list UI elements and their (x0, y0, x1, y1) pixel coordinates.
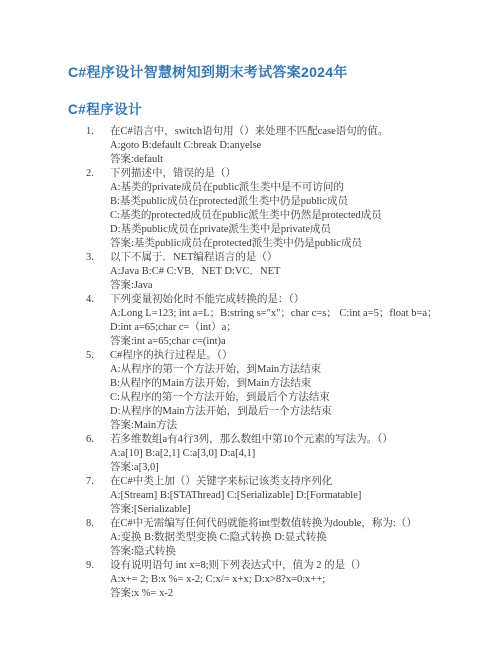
answer-line: 答案:[Serializable] (110, 503, 494, 517)
options-line: A:x+= 2; B:x %= x-2; C:x/= x+x; D:x>8?x=… (110, 573, 494, 587)
question-item: 7.在C#中类上加（）关键字来标记该类支持序列化A:[Stream] B:[ST… (68, 475, 494, 517)
question-text: 设有说明语句 int x=8;则下列表达式中，值为 2 的是（） (110, 559, 494, 573)
answer-line: 答案:default (110, 153, 494, 167)
options-line: A:变换 B:数据类型变换 C:隐式转换 D:显式转换 (110, 531, 494, 545)
question-item: 8.在C#中无需编写任何代码就能将int型数值转换为double，称为:（）A:… (68, 517, 494, 559)
section-heading: C#程序设计 (68, 98, 494, 118)
question-text: 以下不属于．NET编程语言的是（） (110, 251, 494, 265)
options-line: C:从程序的第一个方法开始，到最后个方法结束 (110, 391, 494, 405)
question-body: 下列变量初始化时不能完成转换的是：（）A:Long L=123; int a=L… (110, 293, 494, 349)
question-number: 7. (68, 475, 110, 517)
question-number: 9. (68, 559, 110, 601)
question-item: 4.下列变量初始化时不能完成转换的是：（）A:Long L=123; int a… (68, 293, 494, 349)
question-text: 在C#中无需编写任何代码就能将int型数值转换为double，称为:（） (110, 517, 494, 531)
options-line: C:基类的protected成员在public派生类中仍然是protected成… (110, 209, 494, 223)
options-line: B:基类public成员在protected派生类中仍是public成员 (110, 195, 494, 209)
question-text: 若多维数组a有4行3列，那么数组中第10个元素的写法为。（） (110, 433, 494, 447)
question-body: 设有说明语句 int x=8;则下列表达式中，值为 2 的是（）A:x+= 2;… (110, 559, 494, 601)
question-body: 下列描述中，错误的是（）A:基类的private成员在public派生类中是不可… (110, 167, 494, 251)
options-line: A:[Stream] B:[STAThread] C:[Serializable… (110, 489, 494, 503)
document-page: C#程序设计智慧树知到期末考试答案2024年 C#程序设计 1.在C#语言中，s… (0, 0, 500, 647)
question-body: 若多维数组a有4行3列，那么数组中第10个元素的写法为。（）A:a[10] B:… (110, 433, 494, 475)
answer-line: 答案:a[3,0] (110, 461, 494, 475)
question-number: 1. (68, 125, 110, 167)
options-line: D:从程序的Main方法开始，到最后一个方法结束 (110, 405, 494, 419)
question-text: 下列描述中，错误的是（） (110, 167, 494, 181)
answer-line: 答案:Main方法 (110, 419, 494, 433)
options-line: A:goto B:default C:break D:anyelse (110, 139, 494, 153)
question-item: 3.以下不属于．NET编程语言的是（）A:Java B:C# C:VB．NET … (68, 251, 494, 293)
question-item: 5.C#程序的执行过程是。（）A:从程序的第一个方法开始，到Main方法结束B:… (68, 349, 494, 433)
question-number: 3. (68, 251, 110, 293)
question-number: 4. (68, 293, 110, 349)
question-item: 2.下列描述中，错误的是（）A:基类的private成员在public派生类中是… (68, 167, 494, 251)
question-text: 在C#语言中，switch语句用（）来处理不匹配case语句的值。 (110, 125, 494, 139)
question-list: 1.在C#语言中，switch语句用（）来处理不匹配case语句的值。A:got… (68, 125, 494, 601)
options-line: A:从程序的第一个方法开始，到Main方法结束 (110, 363, 494, 377)
question-number: 5. (68, 349, 110, 433)
answer-line: 答案:Java (110, 279, 494, 293)
question-body: 在C#语言中，switch语句用（）来处理不匹配case语句的值。A:goto … (110, 125, 494, 167)
question-text: 下列变量初始化时不能完成转换的是：（） (110, 293, 494, 307)
options-line: A:a[10] B:a[2,1] C:a[3,0] D:a[4,1] (110, 447, 494, 461)
options-line: A:Long L=123; int a=L；B:string s="x"；cha… (110, 307, 494, 321)
question-number: 6. (68, 433, 110, 475)
question-text: C#程序的执行过程是。（） (110, 349, 494, 363)
options-line: A:Java B:C# C:VB．NET D:VC．NET (110, 265, 494, 279)
document-title: C#程序设计智慧树知到期末考试答案2024年 (68, 62, 494, 82)
question-body: 以下不属于．NET编程语言的是（）A:Java B:C# C:VB．NET D:… (110, 251, 494, 293)
question-body: C#程序的执行过程是。（）A:从程序的第一个方法开始，到Main方法结束B:从程… (110, 349, 494, 433)
question-number: 8. (68, 517, 110, 559)
options-line: B:从程序的Main方法开始，到Main方法结束 (110, 377, 494, 391)
options-line: A:基类的private成员在public派生类中是不可访问的 (110, 181, 494, 195)
options-line: D:int a=65;char c=（int）a； (110, 321, 494, 335)
question-body: 在C#中类上加（）关键字来标记该类支持序列化A:[Stream] B:[STAT… (110, 475, 494, 517)
question-item: 6.若多维数组a有4行3列，那么数组中第10个元素的写法为。（）A:a[10] … (68, 433, 494, 475)
answer-line: 答案:x %= x-2 (110, 587, 494, 601)
question-item: 1.在C#语言中，switch语句用（）来处理不匹配case语句的值。A:got… (68, 125, 494, 167)
options-line: D:基类public成员在private派生类中是private成员 (110, 223, 494, 237)
question-text: 在C#中类上加（）关键字来标记该类支持序列化 (110, 475, 494, 489)
answer-line: 答案:int a=65;char c=(int)a (110, 335, 494, 349)
question-body: 在C#中无需编写任何代码就能将int型数值转换为double，称为:（）A:变换… (110, 517, 494, 559)
answer-line: 答案:隐式转换 (110, 545, 494, 559)
answer-line: 答案:基类public成员在protected派生类中仍是public成员 (110, 237, 494, 251)
question-number: 2. (68, 167, 110, 251)
question-item: 9.设有说明语句 int x=8;则下列表达式中，值为 2 的是（）A:x+= … (68, 559, 494, 601)
